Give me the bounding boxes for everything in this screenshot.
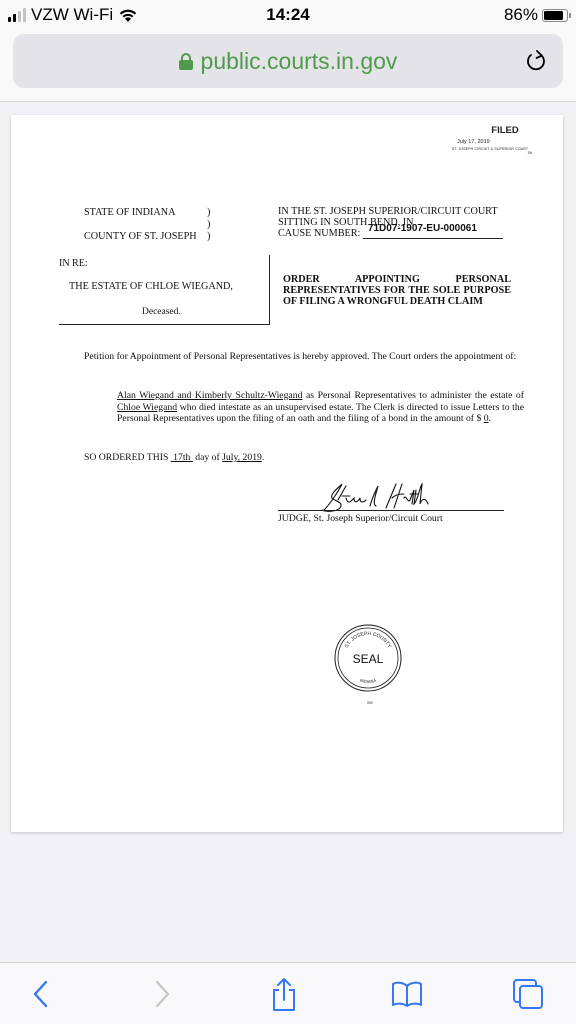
caption-right: IN THE ST. JOSEPH SUPERIOR/CIRCUIT COURT… <box>278 206 503 239</box>
share-icon <box>269 976 299 1012</box>
back-button[interactable] <box>24 977 58 1011</box>
caption-left: STATE OF INDIANA) ) COUNTY OF ST. JOSEPH… <box>84 207 210 243</box>
cause-number: 71D07-1907-EU-000061 <box>368 223 477 234</box>
state-label: STATE OF INDIANA <box>84 207 207 219</box>
status-right: 86% <box>504 5 568 25</box>
reload-icon[interactable] <box>523 48 549 74</box>
so-ordered-line: SO ORDERED THIS 17th day of July, 2019. <box>84 452 264 463</box>
url-text: public.courts.in.gov <box>201 48 398 74</box>
svg-text:INDIANA: INDIANA <box>359 678 377 684</box>
county-label: COUNTY OF ST. JOSEPH <box>84 231 207 243</box>
share-button[interactable] <box>267 977 301 1011</box>
signature-line <box>278 510 504 511</box>
in-re-box: IN RE: THE ESTATE OF CHLOE WIEGAND, Dece… <box>59 255 270 325</box>
order-title: ORDER APPOINTING PERSONAL REPRESENTATIVE… <box>283 274 511 307</box>
appointment-paragraph: Alan Wiegand and Kimberly Schultz-Wiegan… <box>117 390 524 425</box>
judge-title: JUDGE, St. Joseph Superior/Circuit Court <box>278 513 443 524</box>
order-month-year: July, 2019 <box>222 452 262 463</box>
chevron-left-icon <box>31 979 51 1009</box>
court-line: IN THE ST. JOSEPH SUPERIOR/CIRCUIT COURT <box>278 206 503 217</box>
in-re-label: IN RE: <box>59 258 88 269</box>
petition-paragraph: Petition for Appointment of Personal Rep… <box>84 351 524 363</box>
deceased-label: Deceased. <box>142 307 181 317</box>
order-day: 17th <box>171 452 193 463</box>
bookmarks-button[interactable] <box>390 977 424 1011</box>
tabs-button[interactable] <box>511 977 545 1011</box>
address-bar[interactable]: public.courts.in.gov <box>13 34 563 88</box>
lock-icon <box>179 53 193 70</box>
estate-name: THE ESTATE OF CHLOE WIEGAND, <box>69 281 233 292</box>
filed-initials: SH <box>435 151 545 155</box>
document-page: FILED July 17, 2019 ST. JOSEPH CIRCUIT &… <box>11 115 563 832</box>
battery-icon <box>542 9 568 22</box>
cause-label: CAUSE NUMBER: <box>278 228 360 239</box>
representatives-names: Alan Wiegand and Kimberly Schultz-Wiegan… <box>117 390 302 401</box>
court-seal: ST. JOSEPH COUNTY SEAL INDIANA <box>333 623 403 693</box>
battery-fill <box>544 11 563 20</box>
svg-text:SEAL: SEAL <box>353 652 384 666</box>
seal-initials: SH <box>367 700 373 705</box>
url-display[interactable]: public.courts.in.gov <box>13 48 563 75</box>
filed-date: July 17, 2019 <box>435 139 545 145</box>
judge-signature <box>316 480 436 514</box>
status-bar: VZW Wi-Fi 14:24 86% <box>0 0 576 32</box>
document-viewer[interactable]: FILED July 17, 2019 ST. JOSEPH CIRCUIT &… <box>0 103 576 960</box>
clock: 14:24 <box>0 5 576 25</box>
battery-percent: 86% <box>504 5 538 25</box>
browser-header: public.courts.in.gov <box>0 32 576 102</box>
decedent-name: Chloe Wiegand <box>117 402 177 413</box>
browser-toolbar <box>0 962 576 1024</box>
forward-button[interactable] <box>145 977 179 1011</box>
book-icon <box>390 979 424 1009</box>
tabs-icon <box>511 977 545 1011</box>
chevron-right-icon <box>152 979 172 1009</box>
filed-title: FILED <box>435 125 545 136</box>
filed-stamp: FILED July 17, 2019 ST. JOSEPH CIRCUIT &… <box>435 125 545 155</box>
